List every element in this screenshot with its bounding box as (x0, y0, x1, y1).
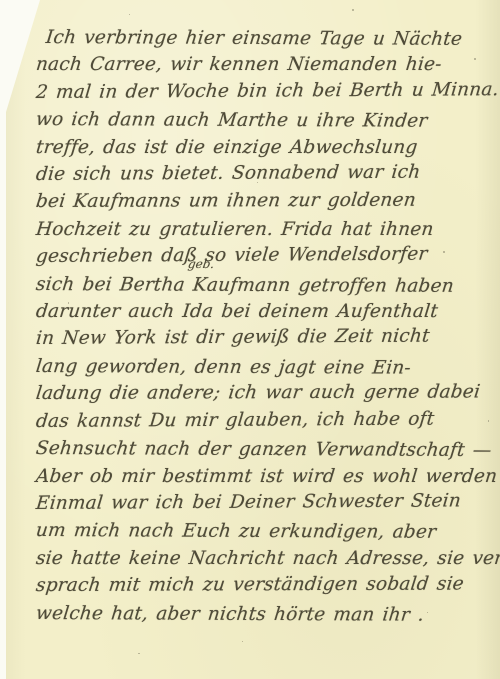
letter-line: wo ich dann auch Marthe u ihre Kinder (34, 106, 487, 135)
scanned-letter: Ich verbringe hier einsame Tage u Nächte… (0, 0, 500, 679)
ink-speck (443, 251, 445, 253)
letter-line: um mich nach Euch zu erkundigen, aber (34, 517, 487, 546)
letter-line: Einmal war ich bei Deiner Schwester Stei… (35, 487, 488, 517)
letter-line: in New York ist dir gewiß die Zeit nicht (35, 323, 488, 353)
letter-line: die sich uns bietet. Sonnabend war ich (35, 158, 488, 188)
ink-speck (427, 612, 428, 613)
letter-text-block: Ich verbringe hier einsame Tage u Nächte… (36, 24, 486, 627)
letter-line: Sehnsucht nach der ganzen Verwandtschaft… (34, 435, 487, 464)
ink-speck (68, 302, 69, 304)
letter-line: 2 mal in der Woche bin ich bei Berth u M… (35, 76, 488, 106)
letter-line: Aber ob mir bestimmt ist wird es wohl we… (35, 463, 488, 490)
letter-line: sprach mit mich zu verständigen sobald s… (34, 571, 487, 600)
letter-line: geschrieben daß so viele Wendelsdorfer (35, 241, 488, 271)
ink-speck (129, 14, 130, 15)
letter-line: Ich verbringe hier einsame Tage u Nächte (34, 24, 487, 53)
letter-line: darunter auch Ida bei deinem Aufenthalt (35, 298, 488, 325)
ink-speck (138, 653, 140, 654)
letter-line: welche hat, aber nichts hörte man ihr . (34, 600, 487, 629)
ink-speck (242, 641, 243, 642)
ink-speck (488, 420, 489, 422)
ink-speck (474, 58, 476, 60)
letter-line: treffe, das ist die einzige Abwechslung (35, 134, 488, 161)
letter-line: ladung die andere; ich war auch gerne da… (34, 379, 487, 408)
letter-line: sie hatte keine Nachricht nach Adresse, … (35, 545, 488, 572)
letter-line: nach Carree, wir kennen Niemanden hie- (35, 51, 488, 78)
letter-line: Hochzeit zu gratulieren. Frida hat ihnen (35, 216, 488, 243)
interlinear-insertion: geb. (187, 257, 215, 271)
ink-speck (352, 9, 354, 11)
letter-line: das kannst Du mir glauben, ich habe oft (35, 405, 488, 435)
ink-speck (257, 182, 258, 183)
letter-page: Ich verbringe hier einsame Tage u Nächte… (6, 0, 500, 679)
letter-line: sich bei Bertha Kaufmann getroffen haben (34, 271, 487, 300)
letter-line: bei Kaufmanns um ihnen zur goldenen (34, 187, 487, 216)
